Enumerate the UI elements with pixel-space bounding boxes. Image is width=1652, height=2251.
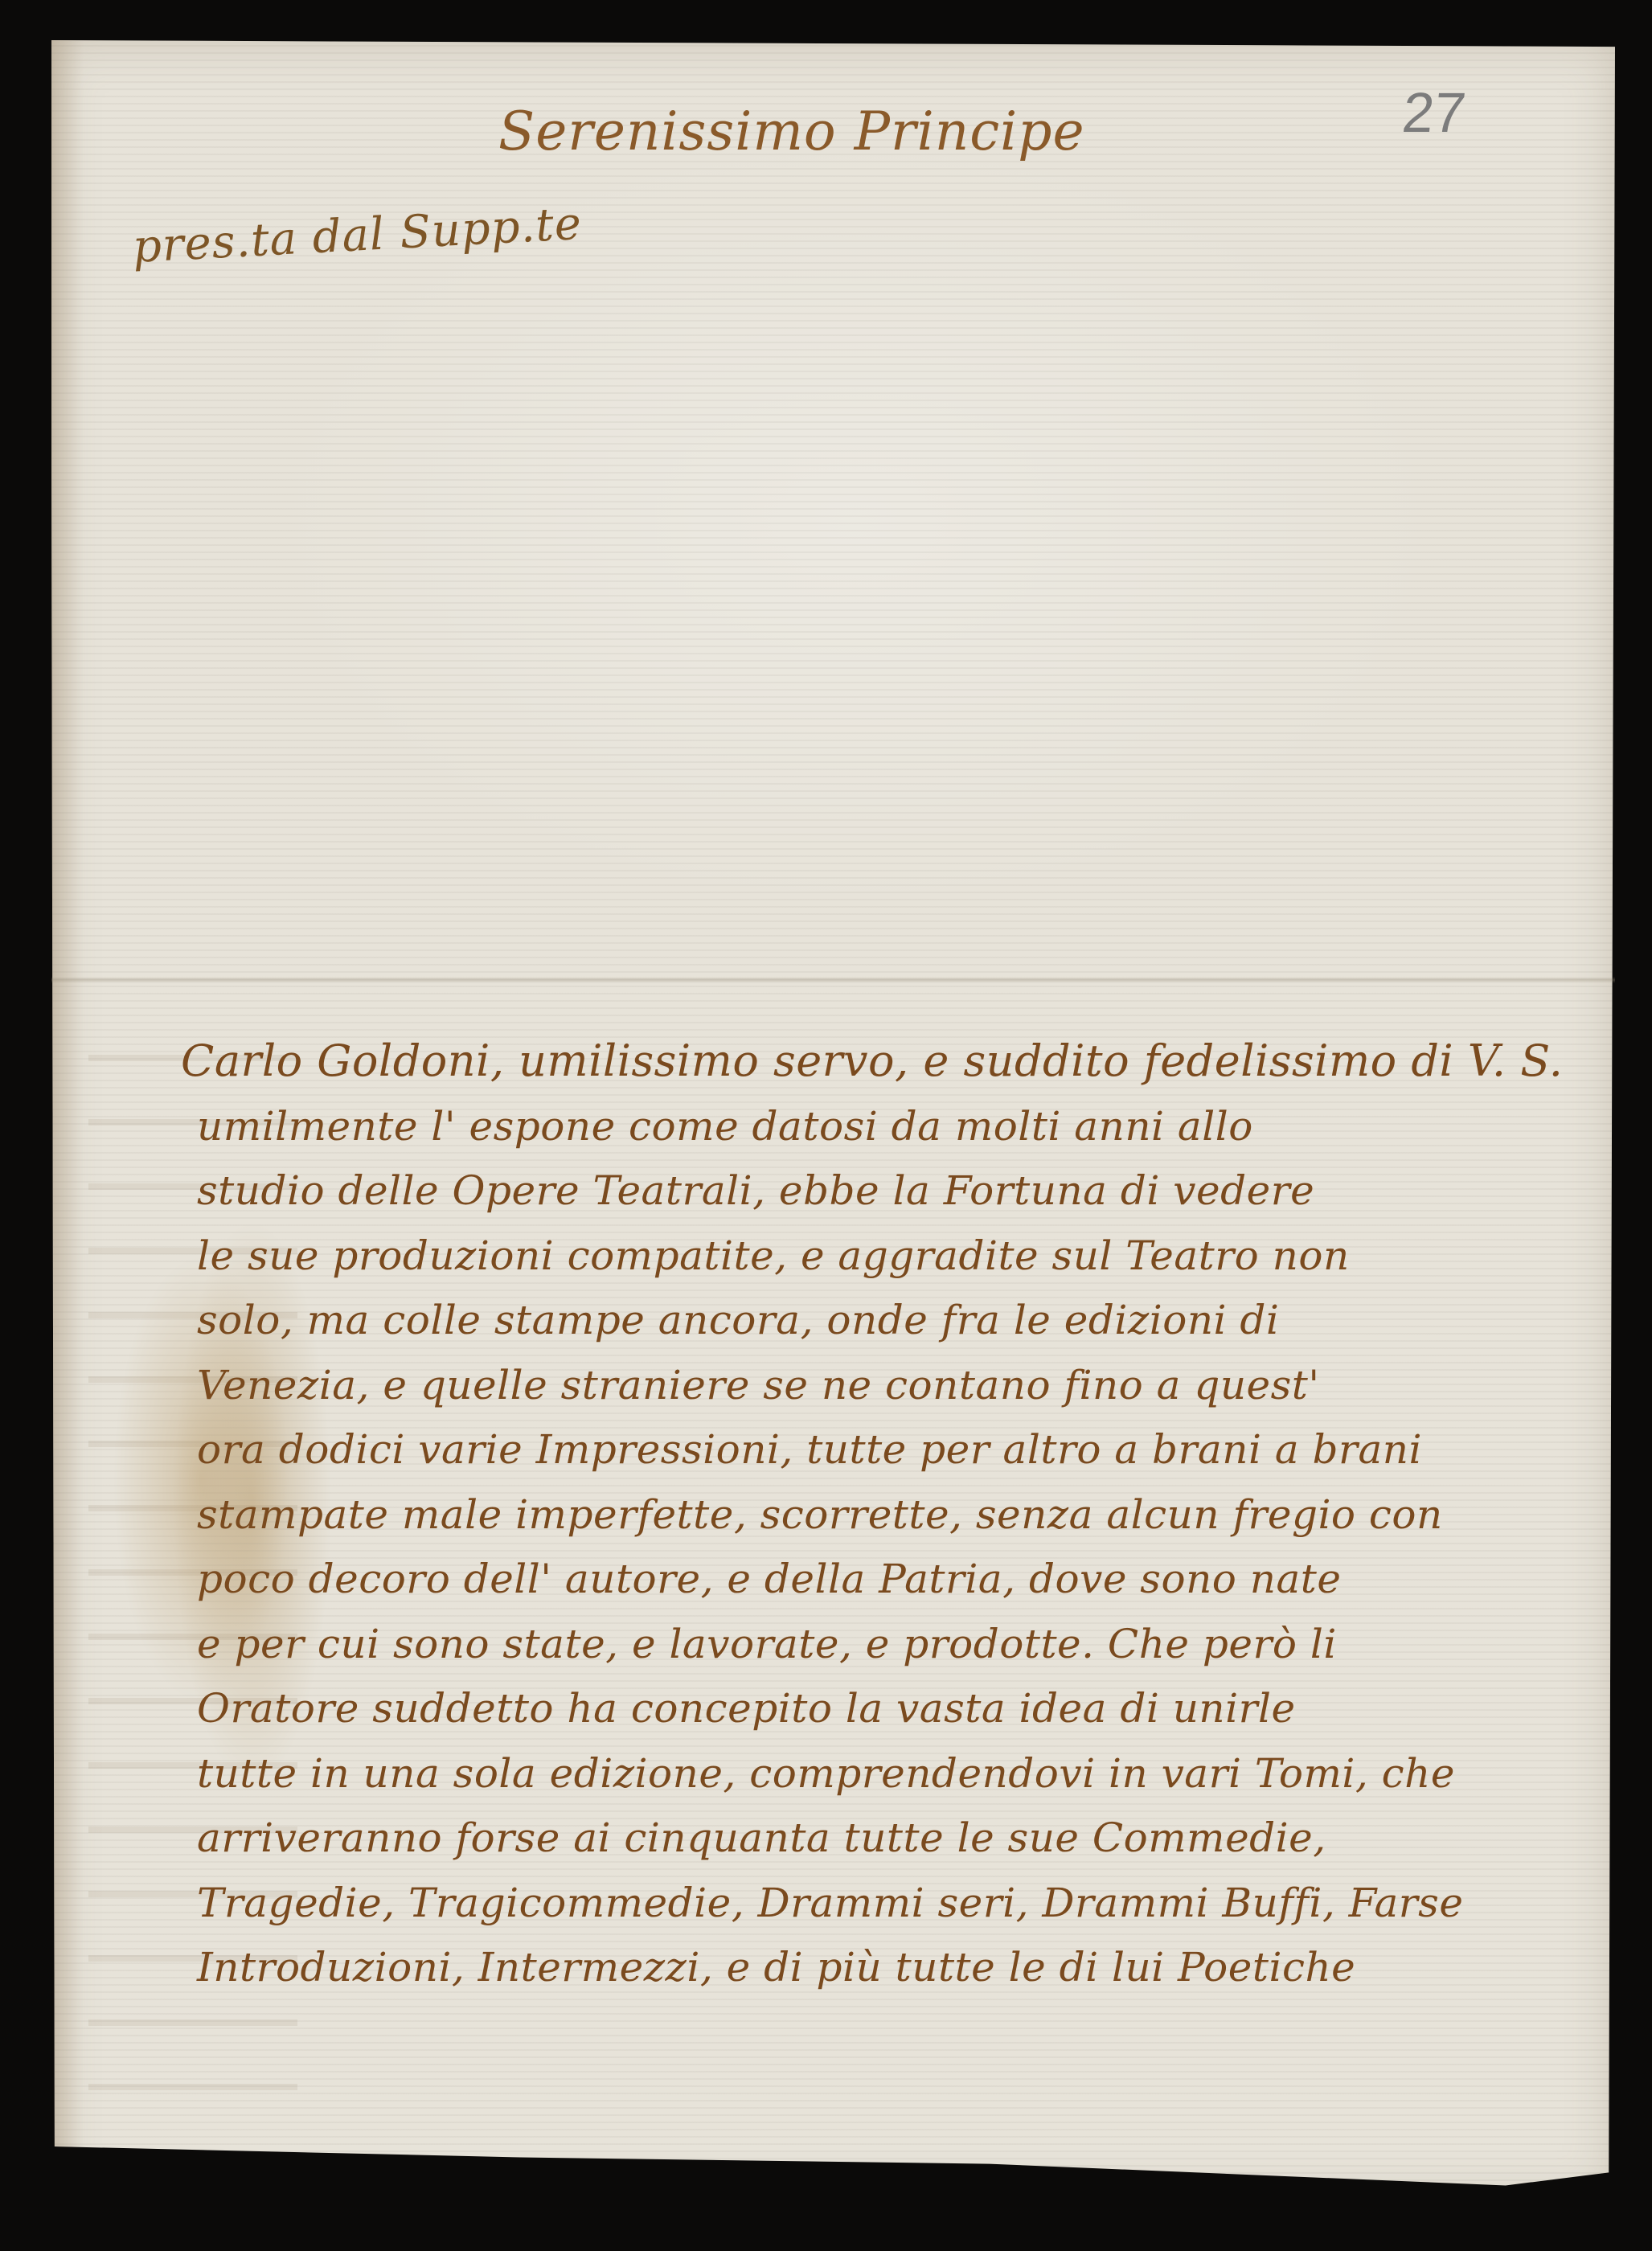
- body-line: stampate male imperfette, scorrette, sen…: [197, 1482, 1612, 1548]
- body-line: ora dodici varie Impressioni, tutte per …: [197, 1417, 1612, 1482]
- paper-fold-line: [51, 977, 1615, 983]
- body-line: studio delle Opere Teatrali, ebbe la For…: [197, 1158, 1612, 1224]
- body-line: Tragedie, Tragicommedie, Drammi seri, Dr…: [197, 1871, 1612, 1936]
- body-line: arriveranno forse ai cinquanta tutte le …: [197, 1806, 1612, 1871]
- body-line: Carlo Goldoni, umilissimo servo, e suddi…: [181, 1029, 1612, 1094]
- body-line: e per cui sono state, e lavorate, e prod…: [197, 1612, 1612, 1677]
- body-line: poco decoro dell' autore, e della Patria…: [197, 1547, 1612, 1612]
- body-line: Venezia, e quelle straniere se ne contan…: [197, 1353, 1612, 1418]
- body-line: umilmente l' espone come datosi da molti…: [197, 1094, 1612, 1159]
- salutation-heading: Serenissimo Principe: [498, 100, 1085, 162]
- body-line: solo, ma colle stampe ancora, onde fra l…: [197, 1288, 1612, 1353]
- body-line: Oratore suddetto ha concepito la vasta i…: [197, 1676, 1612, 1741]
- body-line: Introduzioni, Intermezzi, e di più tutte…: [197, 1935, 1612, 2000]
- body-line: tutte in una sola edizione, comprendendo…: [197, 1741, 1612, 1806]
- folio-number: 27: [1400, 80, 1469, 145]
- letter-body: Carlo Goldoni, umilissimo servo, e suddi…: [197, 1029, 1612, 2000]
- body-line: le sue produzioni compatite, e aggradite…: [197, 1224, 1612, 1289]
